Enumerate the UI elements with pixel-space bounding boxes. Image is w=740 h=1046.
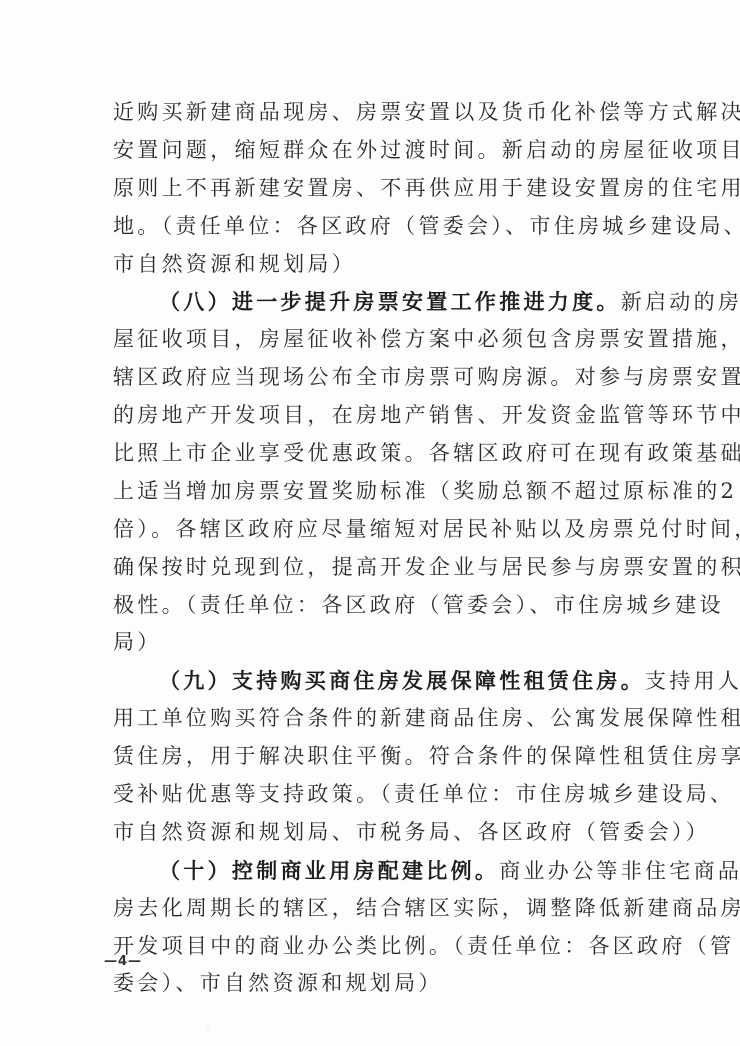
section-heading: （九）支持购买商住房发展保障性租赁住房。 (159, 668, 645, 693)
text-line: 赁住房，用于解决职住平衡。符合条件的保障性租赁住房享 (113, 738, 631, 776)
text-line: 倍）。各辖区政府应尽量缩短对居民补贴以及房票兑付时间， (113, 511, 631, 549)
text-line: 安置问题，缩短群众在外过渡时间。新启动的房屋征收项目 (113, 132, 631, 170)
section-heading: （十）控制商业用房配建比例。 (159, 858, 499, 883)
text-run: 新启动的房 (621, 290, 740, 314)
page-number: —4— (104, 954, 142, 969)
text-line: 辖区政府应当现场公布全市房票可购房源。对参与房票安置 (113, 359, 631, 397)
text-line: 上适当增加房票安置奖励标准（奖励总额不超过原标准的2 (113, 473, 631, 511)
text-line: 开发项目中的商业办公类比例。（责任单位：各区政府（管 (113, 928, 631, 966)
text-line: 的房地产开发项目，在房地产销售、开发资金监管等环节中 (113, 397, 631, 435)
text-line: 原则上不再新建安置房、不再供应用于建设安置房的住宅用 (113, 170, 631, 208)
document-body: 近购买新建商品现房、房票安置以及货币化补偿等方式解决 安置问题，缩短群众在外过渡… (113, 94, 631, 1003)
text-line: 比照上市企业享受优惠政策。各辖区政府可在现有政策基础 (113, 435, 631, 473)
text-run: 支持用人 (645, 669, 740, 693)
text-line: 用工单位购买符合条件的新建商品住房、公寓发展保障性租 (113, 700, 631, 738)
text-line: 委会）、市自然资源和规划局） (113, 965, 631, 1003)
section-heading: （八）进一步提升房票安置工作推进力度。 (159, 289, 621, 314)
text-line: 确保按时兑现到位，提高开发企业与居民参与房票安置的积 (113, 549, 631, 587)
text-line: 近购买新建商品现房、房票安置以及货币化补偿等方式解决 (113, 94, 631, 132)
scan-artifact (207, 1026, 209, 1028)
text-line: 市自然资源和规划局、市税务局、各区政府（管委会）） (113, 814, 631, 852)
text-line: （九）支持购买商住房发展保障性租赁住房。支持用人 (113, 662, 631, 700)
text-line: （八）进一步提升房票安置工作推进力度。新启动的房 (113, 283, 631, 321)
text-line: 受补贴优惠等支持政策。（责任单位：市住房城乡建设局、 (113, 776, 631, 814)
paragraph-section-9: （九）支持购买商住房发展保障性租赁住房。支持用人 用工单位购买符合条件的新建商品… (113, 662, 631, 851)
text-line: （十）控制商业用房配建比例。商业办公等非住宅商品 (113, 852, 631, 890)
text-line: 房去化周期长的辖区，结合辖区实际，调整降低新建商品房 (113, 890, 631, 928)
paragraph-resettlement-continuation: 近购买新建商品现房、房票安置以及货币化补偿等方式解决 安置问题，缩短群众在外过渡… (113, 94, 631, 283)
text-line: 地。（责任单位：各区政府（管委会）、市住房城乡建设局、 (113, 208, 631, 246)
paragraph-section-8: （八）进一步提升房票安置工作推进力度。新启动的房 屋征收项目，房屋征收补偿方案中… (113, 283, 631, 662)
text-run: 商业办公等非住宅商品 (499, 859, 740, 883)
document-page: 近购买新建商品现房、房票安置以及货币化补偿等方式解决 安置问题，缩短群众在外过渡… (0, 0, 740, 1046)
text-line: 市自然资源和规划局） (113, 246, 631, 284)
text-line: 屋征收项目，房屋征收补偿方案中必须包含房票安置措施， (113, 321, 631, 359)
text-line: 极性。（责任单位：各区政府（管委会）、市住房城乡建设 (113, 587, 631, 625)
paragraph-section-10: （十）控制商业用房配建比例。商业办公等非住宅商品 房去化周期长的辖区，结合辖区实… (113, 852, 631, 1004)
text-line: 局） (113, 624, 631, 662)
